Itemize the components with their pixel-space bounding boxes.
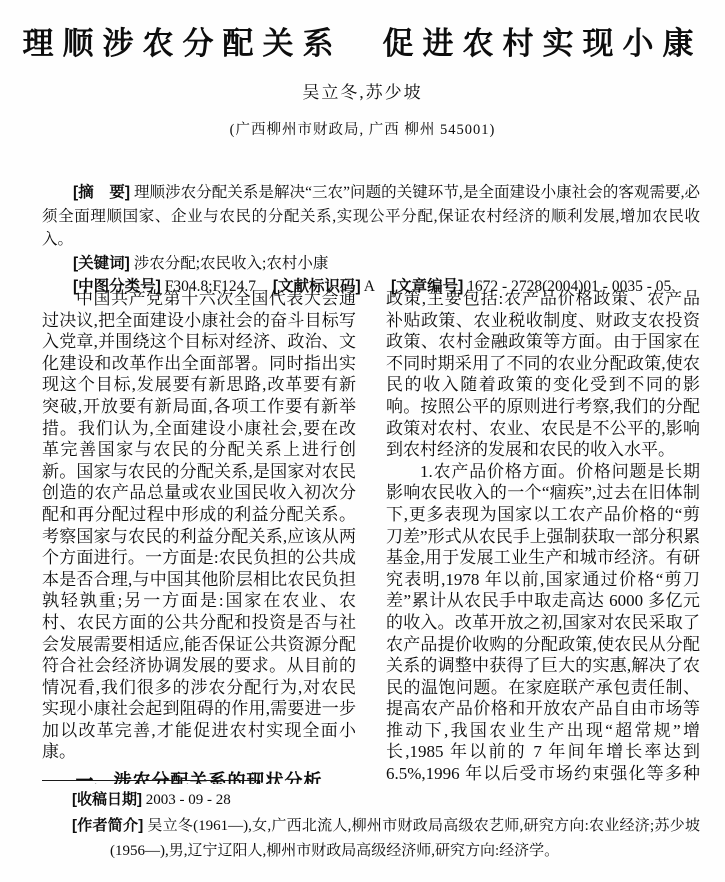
received-date-line: [收稿日期] 2003 - 09 - 28: [42, 787, 700, 813]
received-date-label: [收稿日期]: [72, 791, 142, 808]
body-columns: 中国共产党第十六次全国代表大会通过决议,把全面建设小康社会的奋斗目标写入党章,并…: [42, 288, 700, 784]
meta-block: [摘 要] 理顺涉农分配关系是解决“三农”问题的关键环节,是全面建设小康社会的客…: [42, 181, 700, 299]
keywords-label: [关键词]: [73, 255, 130, 272]
keywords-text: 涉农分配;农民收入;农村小康: [134, 255, 329, 272]
keywords-line: [关键词] 涉农分配;农民收入;农村小康: [42, 252, 700, 276]
body-paragraph-intro: 中国共产党第十六次全国代表大会通过决议,把全面建设小康社会的奋斗目标写入党章,并…: [42, 288, 356, 763]
author-bio-line: [作者简介] 吴立冬(1961—),女,广西北流人,柳州市财政局高级农艺师,研究…: [42, 813, 700, 864]
body-paragraph-prices: 1.农产品价格方面。价格问题是长期影响农民收入的一个“痼疾”,过去在旧体制下,更…: [386, 461, 700, 784]
authors: 吴立冬,苏少坡: [0, 78, 725, 103]
abstract-text: 理顺涉农分配关系是解决“三农”问题的关键环节,是全面建设小康社会的客观需要,必须…: [42, 184, 700, 248]
received-date-value: 2003 - 09 - 28: [146, 792, 231, 808]
abstract-line: [摘 要] 理顺涉农分配关系是解决“三农”问题的关键环节,是全面建设小康社会的客…: [42, 181, 700, 252]
author-bio-text: 吴立冬(1961—),女,广西北流人,柳州市财政局高级农艺师,研究方向:农业经济…: [110, 818, 700, 859]
paper-page: 理顺涉农分配关系 促进农村实现小康 吴立冬,苏少坡 (广西柳州市财政局, 广西 …: [0, 0, 725, 882]
right-column: 政策,主要包括:农产品价格政策、农产品补贴政策、农业税收制度、财政支农投资政策、…: [386, 288, 700, 784]
abstract-label: [摘 要]: [73, 184, 130, 201]
body-paragraph-section1-continued: 政策,主要包括:农产品价格政策、农产品补贴政策、农业税收制度、财政支农投资政策、…: [386, 288, 700, 461]
left-column: 中国共产党第十六次全国代表大会通过决议,把全面建设小康社会的奋斗目标写入党章,并…: [42, 288, 356, 784]
author-bio-label: [作者简介]: [72, 817, 143, 834]
affiliation: (广西柳州市财政局, 广西 柳州 545001): [0, 118, 725, 139]
footnote-block: [收稿日期] 2003 - 09 - 28 [作者简介] 吴立冬(1961—),…: [42, 780, 700, 864]
footnote-divider: [42, 780, 260, 781]
paper-title: 理顺涉农分配关系 促进农村实现小康: [0, 18, 725, 63]
